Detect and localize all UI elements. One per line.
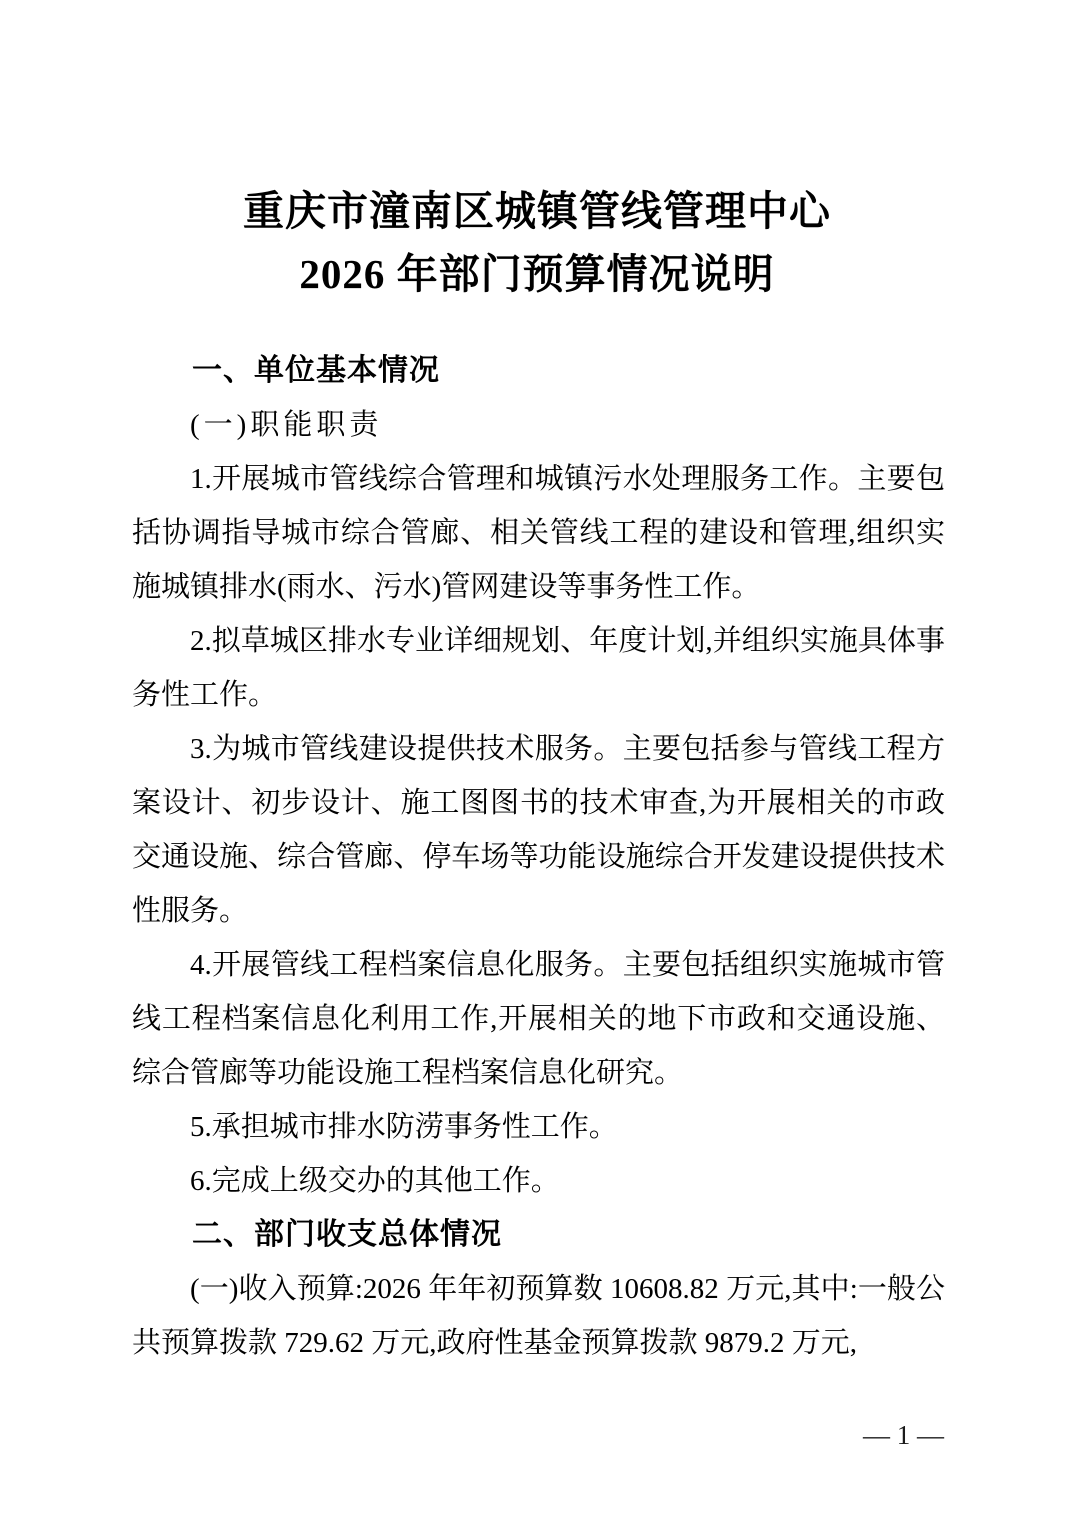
- document-title: 重庆市潼南区城镇管线管理中心 2026 年部门预算情况说明: [0, 180, 1074, 306]
- paragraph-duty-5: 5.承担城市排水防涝事务性工作。: [132, 1100, 945, 1154]
- document-page: 重庆市潼南区城镇管线管理中心 2026 年部门预算情况说明 一、单位基本情况 (…: [0, 0, 1074, 1520]
- section-heading-1: 一、单位基本情况: [132, 344, 945, 398]
- sub-heading-duties: (一)职能职责: [132, 398, 945, 452]
- page-number: — 1 —: [863, 1418, 944, 1452]
- document-title-line2: 2026 年部门预算情况说明: [0, 243, 1074, 306]
- paragraph-income-budget: (一)收入预算:2026 年年初预算数 10608.82 万元,其中:一般公共预…: [132, 1262, 945, 1370]
- paragraph-duty-6: 6.完成上级交办的其他工作。: [132, 1154, 945, 1208]
- paragraph-duty-4: 4.开展管线工程档案信息化服务。主要包括组织实施城市管线工程档案信息化利用工作,…: [132, 938, 945, 1100]
- paragraph-duty-2: 2.拟草城区排水专业详细规划、年度计划,并组织实施具体事务性工作。: [132, 614, 945, 722]
- paragraph-duty-3: 3.为城市管线建设提供技术服务。主要包括参与管线工程方案设计、初步设计、施工图图…: [132, 722, 945, 938]
- document-title-line1: 重庆市潼南区城镇管线管理中心: [0, 180, 1074, 243]
- section-heading-2: 二、部门收支总体情况: [132, 1208, 945, 1262]
- document-body: 一、单位基本情况 (一)职能职责 1.开展城市管线综合管理和城镇污水处理服务工作…: [132, 344, 945, 1370]
- paragraph-duty-1: 1.开展城市管线综合管理和城镇污水处理服务工作。主要包括协调指导城市综合管廊、相…: [132, 452, 945, 614]
